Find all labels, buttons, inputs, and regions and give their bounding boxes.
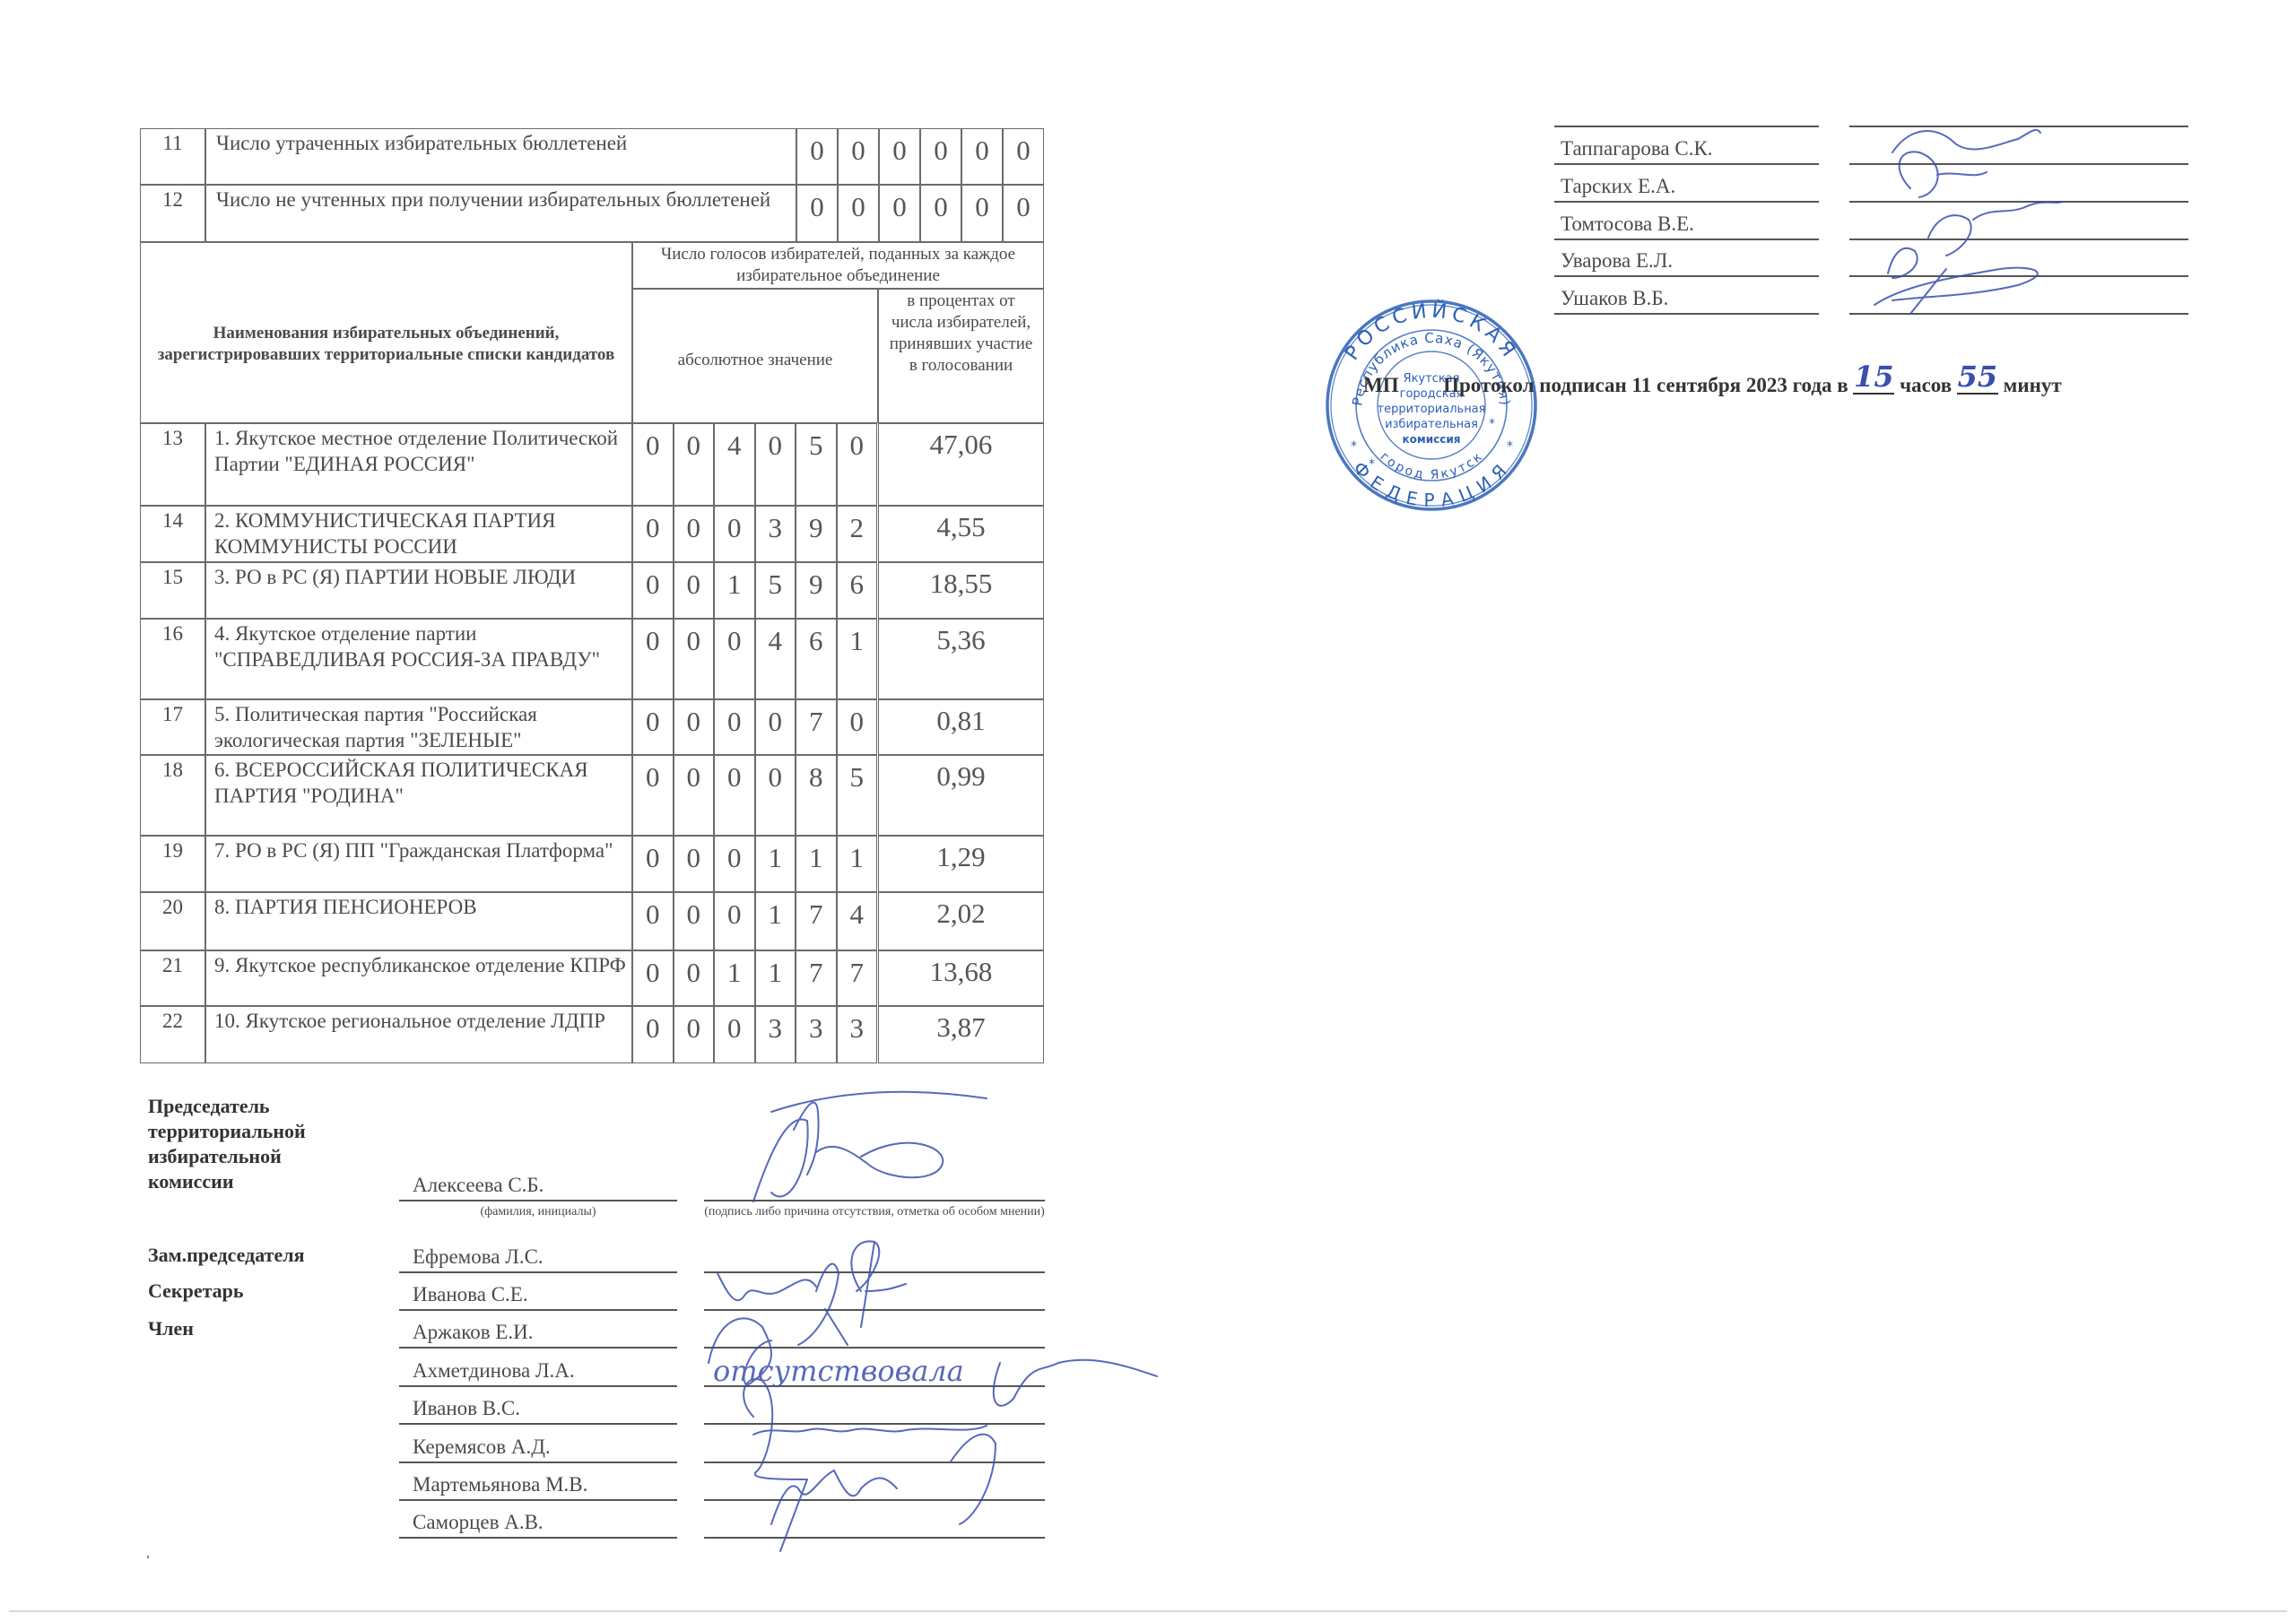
svg-text:отсутствовала: отсутствовала	[713, 1354, 964, 1388]
scan-dot	[147, 1556, 149, 1558]
handwritten-signatures: отсутствовала	[0, 0, 2296, 1622]
scan-edge-line	[9, 1610, 2287, 1612]
